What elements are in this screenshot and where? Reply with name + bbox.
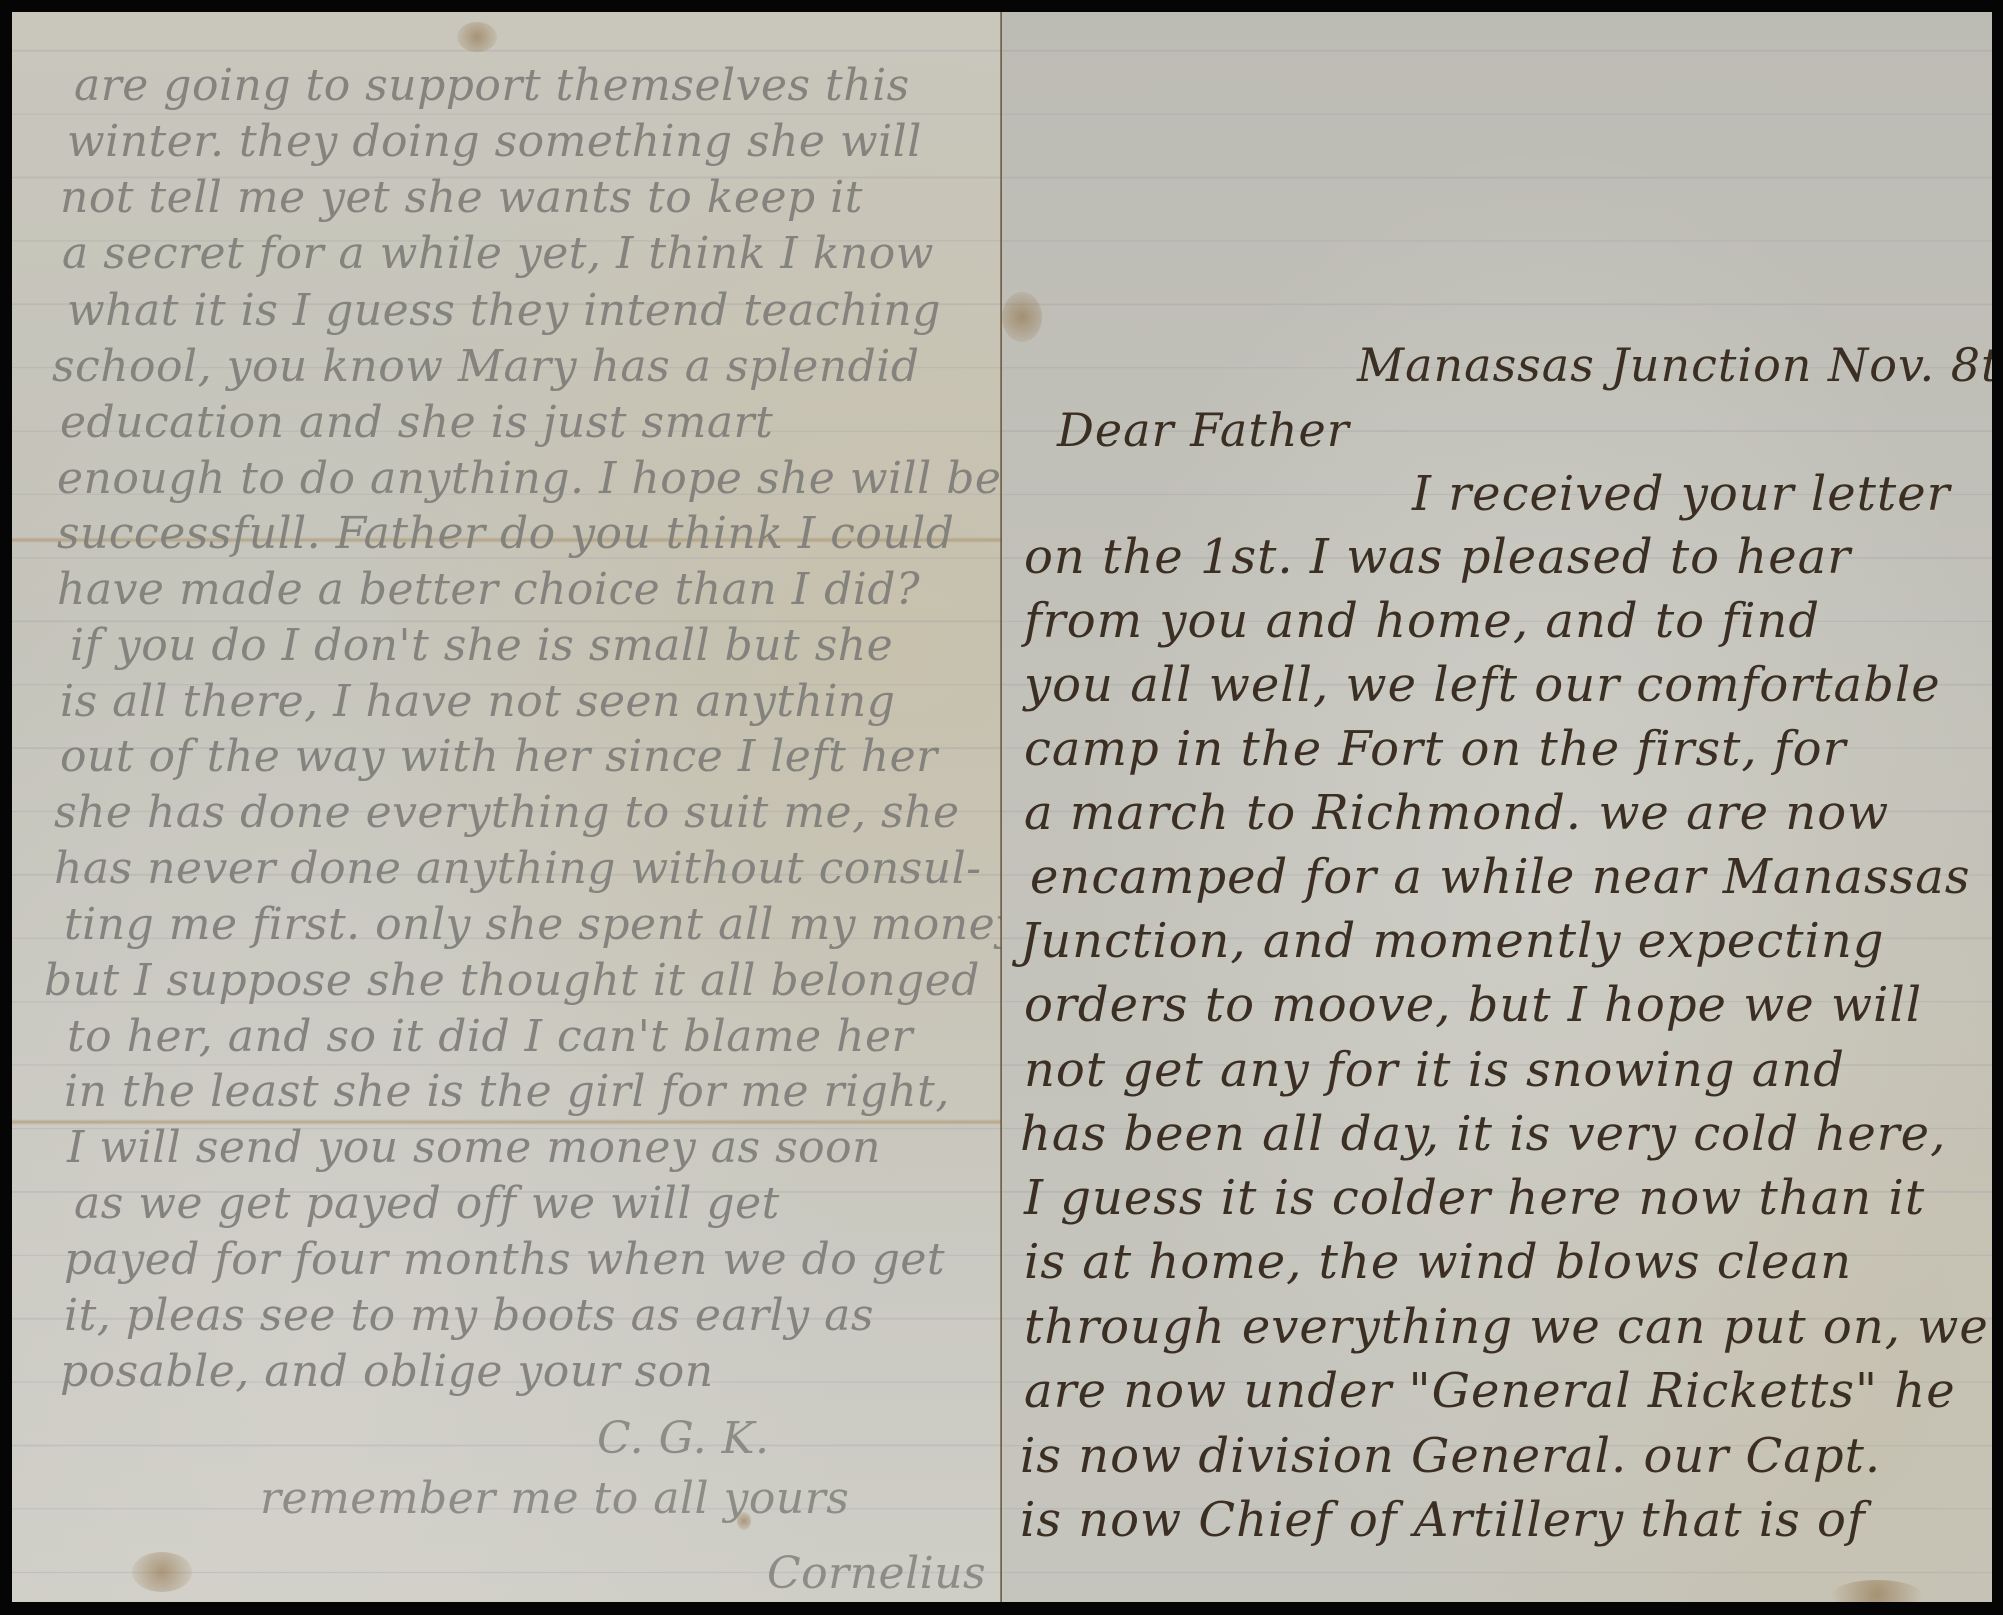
left-line-2: winter. they doing something she will [67,120,922,164]
stain-mark [1832,1580,1922,1602]
left-line-5: what it is I guess they intend teaching [67,289,941,333]
left-line-1: are going to support themselves this [74,64,910,108]
left-line-16: ting me first. only she spent all my mon… [64,903,1001,947]
left-line-21: as we get payed off we will get [74,1182,780,1226]
left-line-7: education and she is just smart [60,401,773,445]
right-line-15: are now under "General Ricketts" he [1024,1367,1956,1415]
stain-mark [132,1552,192,1592]
left-line-9: successfull. Father do you think I could [57,512,954,556]
right-line-5: camp in the Fort on the first, for [1024,725,1847,773]
right-line-4: you all well, we left our comfortable [1024,661,1941,709]
dateline: Manassas Junction Nov. 8th/62 [1357,342,1992,388]
left-page: are going to support themselves this win… [12,12,1001,1602]
right-line-6: a march to Richmond. we are now [1024,789,1889,837]
left-line-15: has never done anything without consul- [54,847,982,891]
left-line-20: I will send you some money as soon [67,1126,881,1170]
right-line-17: is now Chief of Artillery that is of [1020,1496,1866,1544]
postscript: remember me to all yours [260,1477,849,1521]
left-line-8: enough to do anything. I hope she will b… [57,457,1001,501]
left-line-13: out of the way with her since I left her [60,735,938,779]
left-line-24: posable, and oblige your son [60,1350,714,1394]
left-line-11: if you do I don't she is small but she [70,624,893,668]
right-line-3: from you and home, and to find [1024,597,1820,645]
left-line-12: is all there, I have not seen anything [60,680,895,724]
left-line-22: payed for four months when we do get [64,1238,945,1282]
right-line-11: has been all day, it is very cold here, [1020,1110,1946,1158]
stain-mark [457,22,497,52]
left-line-10: have made a better choice than I did? [57,568,920,612]
left-line-4: a secret for a while yet, I think I know [62,232,934,276]
right-line-16: is now division General. our Capt. [1020,1432,1881,1480]
initials: C. G. K. [597,1417,769,1461]
left-line-17: but I suppose she thought it all belonge… [44,959,980,1003]
salutation: Dear Father [1057,407,1350,453]
right-line-7: encamped for a while near Manassas [1030,853,1971,901]
right-line-10: not get any for it is snowing and [1024,1046,1845,1094]
right-line-12: I guess it is colder here now than it [1024,1174,1925,1222]
right-page: Manassas Junction Nov. 8th/62 Dear Fathe… [1002,12,1992,1602]
left-line-6: school, you know Mary has a splendid [52,345,920,389]
signature: Cornelius [767,1552,986,1596]
left-line-18: to her, and so it did I can't blame her [67,1015,913,1059]
right-line-1: I received your letter [1412,470,1951,518]
right-line-2: on the 1st. I was pleased to hear [1024,533,1851,581]
right-line-8: Junction, and momently expecting [1020,917,1884,965]
stain-mark [1002,292,1042,342]
letter-sheet: are going to support themselves this win… [12,12,1992,1602]
left-line-3: not tell me yet she wants to keep it [60,176,863,220]
right-line-13: is at home, the wind blows clean [1024,1238,1852,1286]
left-line-19: in the least she is the girl for me righ… [64,1070,950,1114]
right-line-9: orders to moove, but I hope we will [1024,981,1922,1029]
left-line-23: it, pleas see to my boots as early as [64,1294,874,1338]
left-line-14: she has done everything to suit me, she [54,791,960,835]
right-line-14: through everything we can put on, we [1024,1303,1989,1351]
